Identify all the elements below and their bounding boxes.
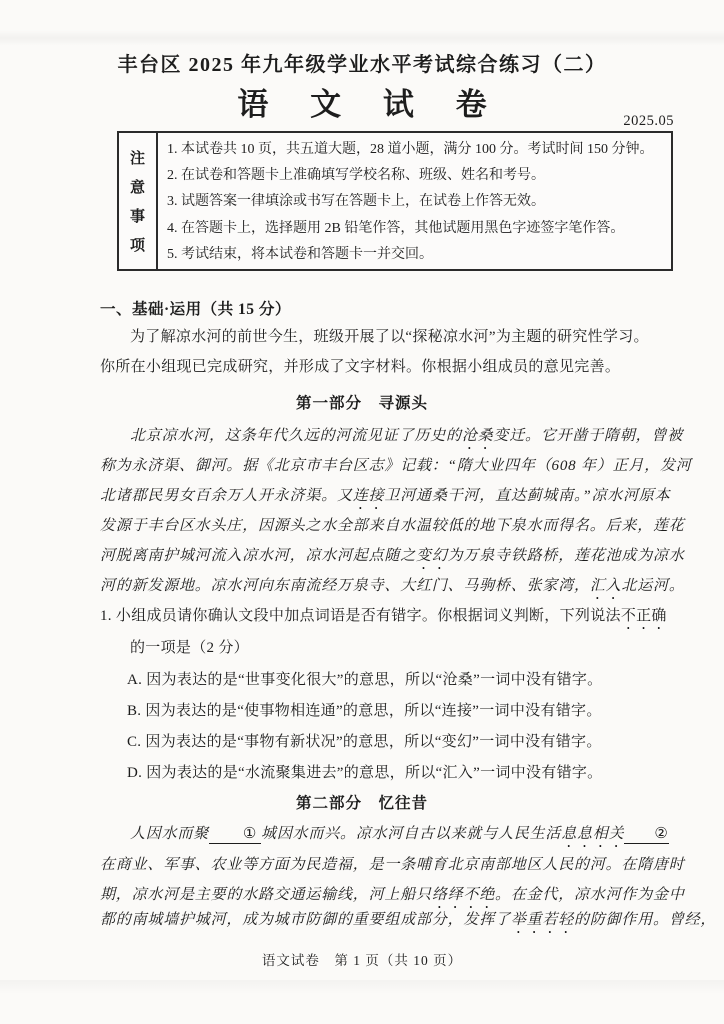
notice-item: 4. 在答题卡上，选择题用 2B 铅笔作答，其他试题用黑色字迹签字笔作答。 — [167, 216, 665, 242]
passage-text: 城因水而兴。凉水河自古以来就与人民生活 — [261, 826, 561, 842]
passage-line: 河的新发源地。凉水河向东南流经万泉寺、大红门、马驹桥、张家湾，汇入北运河。 — [100, 574, 700, 603]
passage-text: 河脱离南护城河流入凉水河，凉水河起点随之 — [100, 548, 416, 564]
question-1: 1. 小组成员请你确认文段中加点词语是否有错字。你根据词义判断，下列说法不正确 — [100, 604, 700, 633]
notice-item: 3. 试题答案一律填涂或书写在答题卡上，在试卷上作答无效。 — [167, 189, 665, 215]
passage-text: 北运河。 — [621, 578, 684, 594]
passage-text: 期，凉水河是主要的水路交通运输线，河上船只 — [100, 887, 432, 903]
emphasized-word: 连接 — [353, 488, 385, 504]
passage-text: 河的新发源地。凉水河向东南流经万泉寺、大红门、马驹桥、张家湾， — [100, 578, 590, 594]
notice-item: 5. 考试结束，将本试卷和答题卡一并交回。 — [167, 242, 665, 268]
notice-label-char: 事 — [130, 205, 145, 226]
option-d: D. 因为表达的是“水流聚集进去”的意思，所以“汇入”一词中没有错字。 — [127, 761, 724, 782]
notice-label: 注 意 事 项 — [119, 133, 158, 269]
passage-text: 都的南城墙护城河，成为城市防御的重要组成部分，发挥了 — [100, 912, 511, 928]
emphasized-word: 变幻 — [416, 548, 448, 564]
passage-line: 北诸郡民男女百余万人开永济渠。又连接卫河通桑干河，直达蓟城南。”凉水河原本 — [100, 484, 700, 513]
passage-text: 卫河通桑干河，直达蓟城南。”凉水河原本 — [384, 488, 670, 504]
passage-text: 北京凉水河，这条年代久远的河流见证了历史的 — [130, 428, 462, 444]
notice-label-char: 注 — [130, 147, 145, 168]
emphasized-word: 举重若轻 — [511, 912, 574, 928]
passage-text: 人因水而聚 — [130, 826, 209, 842]
passage-line: 人因水而聚①城因水而兴。凉水河自古以来就与人民生活息息相关② — [100, 822, 700, 851]
notice-box: 注 意 事 项 1. 本试卷共 10 页，共五道大题，28 道小题，满分 100… — [117, 131, 673, 271]
notice-item: 2. 在试卷和答题卡上准确填写学校名称、班级、姓名和考号。 — [167, 163, 665, 189]
notice-label-char: 项 — [130, 234, 145, 255]
passage-line: 发源于丰台区水头庄，因源头之水全部来自水温较低的地下泉水而得名。后来，莲花 — [100, 514, 700, 535]
intro-line: 你所在小组现已完成研究，并形成了文字材料。你根据小组成员的意见完善。 — [100, 355, 700, 376]
fill-blank-2: ② — [624, 824, 668, 844]
passage-text: 为万泉寺铁路桥，莲花池成为凉水 — [448, 548, 685, 564]
fill-blank-1: ① — [209, 824, 261, 844]
section-1-heading: 一、基础·运用（共 15 分） — [100, 297, 291, 319]
passage-line: 北京凉水河，这条年代久远的河流见证了历史的沧桑变迁。它开凿于隋朝，曾被 — [100, 424, 700, 453]
emphasized-word: 息息相关 — [561, 826, 624, 842]
part-2-heading: 第二部分 忆往昔 — [0, 791, 724, 813]
emphasized-word: 汇入 — [590, 578, 622, 594]
notice-item: 1. 本试卷共 10 页，共五道大题，28 道小题，满分 100 分。考试时间 … — [167, 137, 665, 163]
emphasized-word: 沧桑 — [462, 428, 494, 444]
notice-list: 1. 本试卷共 10 页，共五道大题，28 道小题，满分 100 分。考试时间 … — [158, 133, 671, 269]
notice-label-char: 意 — [130, 176, 145, 197]
part-1-heading: 第一部分 寻源头 — [0, 391, 724, 413]
page-title: 语 文 试 卷 — [0, 79, 724, 124]
question-text: 1. 小组成员请你确认文段中加点词语是否有错字。你根据词义判断，下列说法 — [100, 608, 621, 624]
passage-text: 。在金代，凉水河作为金中 — [495, 887, 685, 903]
exam-date: 2025.05 — [623, 113, 674, 130]
intro-line: 为了解凉水河的前世今生，班级开展了以“探秘凉水河”为主题的研究性学习。 — [100, 325, 700, 346]
passage-text: 北诸郡民男女百余万人开永济渠。又 — [100, 488, 353, 504]
question-1-continued: 的一项是（2 分） — [130, 636, 724, 657]
emphasized-word: 络绎不绝 — [432, 887, 495, 903]
option-c: C. 因为表达的是“事物有新状况”的意思，所以“变幻”一词中没有错字。 — [127, 730, 724, 751]
passage-line: 在商业、军事、农业等方面为民造福，是一条哺育北京南部地区人民的河。在隋唐时 — [100, 853, 700, 874]
passage-line: 称为永济渠、御河。据《北京市丰台区志》记载：“隋大业四年（608 年）正月，发河 — [100, 454, 700, 475]
option-b: B. 因为表达的是“使事物相连通”的意思，所以“连接”一词中没有错字。 — [127, 699, 724, 720]
emphasized-word: 不正确 — [621, 608, 667, 624]
passage-line: 都的南城墙护城河，成为城市防御的重要组成部分，发挥了举重若轻的防御作用。曾经， — [100, 908, 700, 937]
passage-text: 变迁。它开凿于隋朝，曾被 — [493, 428, 683, 444]
passage-text: 的防御作用。曾经， — [574, 912, 716, 928]
option-a: A. 因为表达的是“世事变化很大”的意思，所以“沧桑”一词中没有错字。 — [127, 668, 724, 689]
exam-title: 丰台区 2025 年九年级学业水平考试综合练习（二） — [0, 48, 724, 77]
passage-line: 河脱离南护城河流入凉水河，凉水河起点随之变幻为万泉寺铁路桥，莲花池成为凉水 — [100, 544, 700, 573]
page-footer: 语文试卷 第 1 页（共 10 页） — [0, 949, 724, 969]
exam-paper-page: 丰台区 2025 年九年级学业水平考试综合练习（二） 语 文 试 卷 2025.… — [0, 0, 724, 1024]
